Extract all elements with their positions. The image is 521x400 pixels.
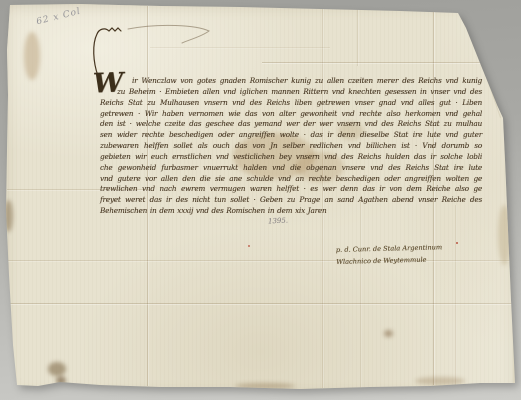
stain [235,383,295,389]
manuscript-line: trewlichen vnd nach ewrem vermugen waren… [100,184,482,195]
manuscript-line: Reichs Stat zu Mulhausen vnsern vnd des … [100,98,482,109]
manuscript-line: zubewaren helffen sollet als ouch das vo… [100,141,482,152]
manuscript-line: vnd gutere vor allen den die sie ane sch… [100,174,482,185]
manuscript-line: getrewen · Wir haben vernomen wie das vo… [100,109,482,120]
manuscript-line: den ist · welche czeite das geschee das … [100,119,482,130]
stain [56,376,66,385]
manuscript-line: che gewonheid furbasmer vnuerrukt halden… [100,163,482,174]
parchment-sheet: 62 x Col W ir Wenczlaw von gotes gnaden … [0,0,521,400]
archival-pencil-note: 62 x Col [35,7,82,28]
horizontal-fold-line [8,303,513,304]
stain [4,200,13,232]
manuscript-line: zu Beheim · Embieten allen vnd iglichen … [100,87,482,98]
chancery-note: p. d. Cunr. de Stala Argentinum Wlachnic… [336,241,487,268]
parchment-shadow-wrap: 62 x Col W ir Wenczlaw von gotes gnaden … [0,0,521,400]
vertical-fold-line [360,200,361,388]
stain [24,32,40,80]
vertical-fold-line [455,205,456,385]
manuscript-line: ir Wenczlaw von gotes gnaden Romischer k… [100,76,482,87]
manuscript-photograph: 62 x Col W ir Wenczlaw von gotes gnaden … [0,0,521,400]
stain [498,205,511,265]
manuscript-line: gebieten wir euch ernstlichen vnd vestic… [100,152,482,163]
stain [415,377,465,385]
stain [48,362,66,376]
stain [384,330,393,337]
manuscript-line: sen wider rechte beschedigen oder angrei… [100,130,482,141]
vertical-fold-line [357,8,358,66]
red-speck [248,245,250,247]
charter-text-block: ir Wenczlaw von gotes gnaden Romischer k… [100,76,482,217]
date-pencil-note: 1395. [268,216,288,225]
horizontal-fold-line [262,62,512,63]
manuscript-line: freyet weret das ir des nicht tun sollet… [100,195,482,206]
